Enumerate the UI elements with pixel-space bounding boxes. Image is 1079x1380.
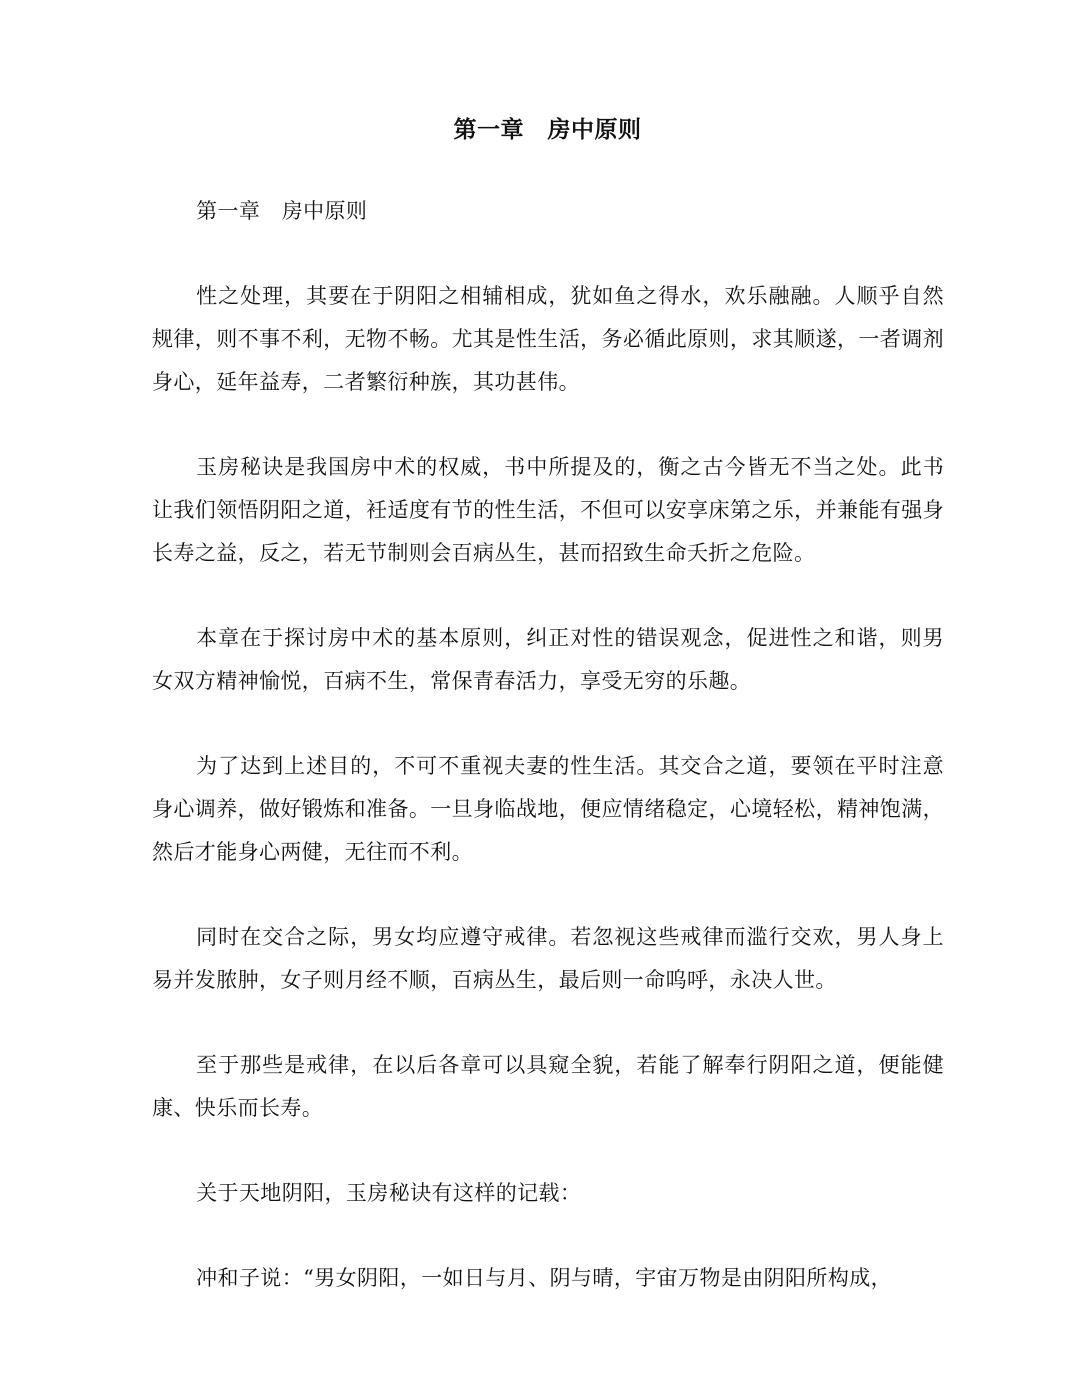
paragraph: 性之处理，其要在于阴阳之相辅相成，犹如鱼之得水，欢乐融融。人顺乎自然规律，则不事…	[152, 275, 944, 404]
document-body: 第一章 房中原则 性之处理，其要在于阴阳之相辅相成，犹如鱼之得水，欢乐融融。人顺…	[152, 190, 944, 1300]
document-page: 第一章 房中原则 第一章 房中原则 性之处理，其要在于阴阳之相辅相成，犹如鱼之得…	[0, 0, 1079, 1380]
paragraph: 关于天地阴阳，玉房秘诀有这样的记载：	[152, 1172, 944, 1215]
paragraph: 同时在交合之际，男女均应遵守戒律。若忽视这些戒律而滥行交欢，男人身上易并发脓肿，…	[152, 916, 944, 1002]
paragraph: 玉房秘诀是我国房中术的权威，书中所提及的，衡之古今皆无不当之处。此书让我们领悟阴…	[152, 446, 944, 575]
paragraph: 本章在于探讨房中术的基本原则，纠正对性的错误观念，促进性之和谐，则男女双方精神愉…	[152, 617, 944, 703]
paragraph: 冲和子说：“男女阴阳，一如日与月、阴与晴，宇宙万物是由阴阳所构成，	[152, 1257, 944, 1300]
paragraph: 为了达到上述目的，不可不重视夫妻的性生活。其交合之道，要领在平时注意身心调养，做…	[152, 745, 944, 874]
paragraph: 至于那些是戒律，在以后各章可以具窥全貌，若能了解奉行阴阳之道，便能健康、快乐而长…	[152, 1044, 944, 1130]
chapter-title: 第一章 房中原则	[0, 110, 1079, 150]
chapter-subtitle: 第一章 房中原则	[152, 190, 944, 233]
